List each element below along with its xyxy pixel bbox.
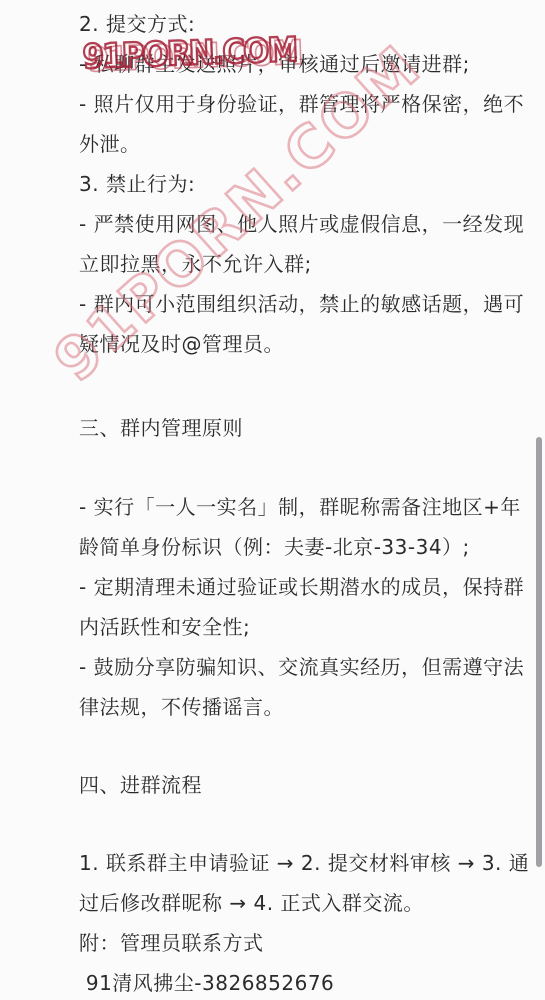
text-line: - 严禁使用网图、他人照片或虚假信息，一经发现 <box>0 204 545 244</box>
section-heading-management-rules: 三、群内管理原则 <box>0 408 545 448</box>
heading-submission-method: 2. 提交方式: <box>0 4 545 44</box>
text-line: 律法规，不传播谣言。 <box>0 687 545 727</box>
text-line: - 定期清理未通过验证或长期潜水的成员，保持群 <box>0 567 545 607</box>
text-line-admin-contact-value: 91清风拂尘-3826852676 <box>0 963 545 1000</box>
text-line: 立即拉黑，永不允许入群; <box>0 244 545 284</box>
scrollbar-thumb[interactable] <box>536 437 542 867</box>
text-line: - 照片仅用于身份验证，群管理将严格保密，绝不 <box>0 84 545 124</box>
text-line: - 私聊群主发送照片，审核通过后邀请进群; <box>0 44 545 84</box>
text-line: - 鼓励分享防骗知识、交流真实经历，但需遵守法 <box>0 647 545 687</box>
text-line: - 实行「一人一实名」制，群昵称需备注地区+年 <box>0 487 545 527</box>
text-line: 疑情况及时@管理员。 <box>0 324 545 364</box>
document-body: 2. 提交方式: - 私聊群主发送照片，审核通过后邀请进群; - 照片仅用于身份… <box>0 0 545 1000</box>
text-line: 外泄。 <box>0 124 545 164</box>
text-line-admin-contact-label: 附：管理员联系方式 <box>0 923 545 963</box>
text-line: 1. 联系群主申请验证 → 2. 提交材料审核 → 3. 通 <box>0 843 545 883</box>
section-heading-join-process: 四、进群流程 <box>0 765 545 805</box>
heading-forbidden-behavior: 3. 禁止行为: <box>0 164 545 204</box>
text-line: 内活跃性和安全性; <box>0 607 545 647</box>
text-line: 龄简单身份标识（例：夫妻-北京-33-34）; <box>0 527 545 567</box>
text-line: 过后修改群昵称 → 4. 正式入群交流。 <box>0 883 545 923</box>
text-line: - 群内可小范围组织活动，禁止的敏感话题，遇可 <box>0 284 545 324</box>
